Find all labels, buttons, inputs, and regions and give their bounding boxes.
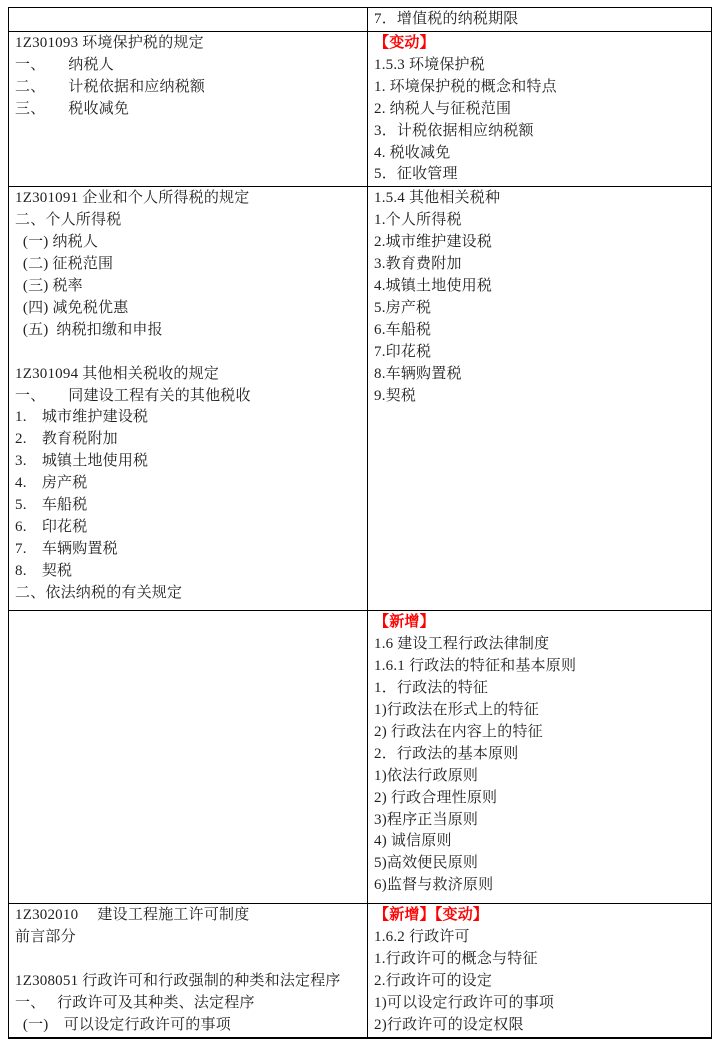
catalog-text-line: 1Z301093 环境保护税的规定 xyxy=(15,33,361,55)
catalog-text-line: 二、个人所得税 xyxy=(15,210,361,232)
old-catalog-cell: 1Z302010 建设工程施工许可制度前言部分 1Z308051 行政许可和行政… xyxy=(9,904,368,1038)
catalog-text-line: 一、 同建设工程有关的其他税收 xyxy=(15,386,361,408)
table-row: 1Z302010 建设工程施工许可制度前言部分 1Z308051 行政许可和行政… xyxy=(9,904,712,1038)
catalog-text-line: 1.6 建设工程行政法律制度 xyxy=(374,634,705,656)
catalog-text-line: 8. 契税 xyxy=(15,561,361,583)
catalog-text-line: 5. 车船税 xyxy=(15,495,361,517)
catalog-text-line: 7. 车辆购置税 xyxy=(15,539,361,561)
catalog-text-line: 2.行政许可的设定 xyxy=(374,971,705,993)
catalog-text-line: 2) 行政法在内容上的特征 xyxy=(374,722,705,744)
catalog-text-line: 1．行政法的特征 xyxy=(374,678,705,700)
catalog-text-line: 6.车船税 xyxy=(374,320,705,342)
catalog-text-line: 2. 纳税人与征税范围 xyxy=(374,99,705,121)
change-tag-label: 【新增】 xyxy=(374,612,705,634)
catalog-text-line: 1. 城市维护建设税 xyxy=(15,407,361,429)
catalog-text-line: 2.城市维护建设税 xyxy=(374,232,705,254)
catalog-text-line: 8.车辆购置税 xyxy=(374,364,705,386)
catalog-text-line: 1.6.2 行政许可 xyxy=(374,927,705,949)
exam-syllabus-comparison-table: 7．增值税的纳税期限 1Z301093 环境保护税的规定一、 纳税人二、 计税依… xyxy=(8,7,712,1039)
catalog-text-line: 2)行政许可的设定权限 xyxy=(374,1015,705,1037)
catalog-text-line: 一、 行政许可及其种类、法定程序 xyxy=(15,993,361,1015)
catalog-text-line: (四) 减免税优惠 xyxy=(15,298,361,320)
catalog-text-line: 1Z301094 其他相关税收的规定 xyxy=(15,364,361,386)
catalog-text-line: 9.契税 xyxy=(374,386,705,408)
catalog-text-line: 1Z301091 企业和个人所得税的规定 xyxy=(15,188,361,210)
catalog-text-line: 1.5.4 其他相关税种 xyxy=(374,188,705,210)
catalog-text-line: 4.城镇土地使用税 xyxy=(374,276,705,298)
catalog-text-line: 3. 城镇土地使用税 xyxy=(15,451,361,473)
catalog-text-line xyxy=(15,949,361,971)
catalog-text-line: 4. 房产税 xyxy=(15,473,361,495)
catalog-text-line: 1.个人所得税 xyxy=(374,210,705,232)
catalog-text-line: 1. 环境保护税的概念和特点 xyxy=(374,77,705,99)
catalog-text-line: 1)可以设定行政许可的事项 xyxy=(374,993,705,1015)
catalog-text-line: 1)行政法在形式上的特征 xyxy=(374,700,705,722)
catalog-text-line: 3.教育费附加 xyxy=(374,254,705,276)
catalog-text-line: (一) 可以设定行政许可的事项 xyxy=(15,1015,361,1037)
table-row: 【新增】1.6 建设工程行政法律制度1.6.1 行政法的特征和基本原则1．行政法… xyxy=(9,611,712,904)
change-tag-label: 【变动】 xyxy=(374,33,705,55)
catalog-text-line: 1)依法行政原则 xyxy=(374,766,705,788)
catalog-text-line: 7．增值税的纳税期限 xyxy=(374,9,705,31)
old-catalog-cell: 1Z301091 企业和个人所得税的规定二、个人所得税 (一) 纳税人 (二) … xyxy=(9,187,368,611)
change-tag-label: 【新增】【变动】 xyxy=(374,905,705,927)
catalog-text-line: 二、 计税依据和应纳税额 xyxy=(15,77,361,99)
catalog-text-line: 1.6.1 行政法的特征和基本原则 xyxy=(374,656,705,678)
new-catalog-cell: 【新增】1.6 建设工程行政法律制度1.6.1 行政法的特征和基本原则1．行政法… xyxy=(368,611,712,904)
new-catalog-cell: 【变动】1.5.3 环境保护税1. 环境保护税的概念和特点2. 纳税人与征税范围… xyxy=(368,32,712,187)
catalog-text-line: 1.5.3 环境保护税 xyxy=(374,55,705,77)
catalog-text-line: (二) 征税范围 xyxy=(15,254,361,276)
catalog-text-line: 7.印花税 xyxy=(374,342,705,364)
old-catalog-cell xyxy=(9,611,368,904)
catalog-text-line: 4. 税收减免 xyxy=(374,143,705,165)
catalog-text-line: 5)高效便民原则 xyxy=(374,853,705,875)
catalog-text-line: 1Z302010 建设工程施工许可制度 xyxy=(15,905,361,927)
old-catalog-cell: 1Z301093 环境保护税的规定一、 纳税人二、 计税依据和应纳税额三、 税收… xyxy=(9,32,368,187)
catalog-text-line: 三、 税收减免 xyxy=(15,99,361,121)
catalog-text-line: 3．计税依据相应纳税额 xyxy=(374,121,705,143)
catalog-text-line: 一、 纳税人 xyxy=(15,55,361,77)
catalog-text-line: 6. 印花税 xyxy=(15,517,361,539)
document-page: 7．增值税的纳税期限 1Z301093 环境保护税的规定一、 纳税人二、 计税依… xyxy=(8,7,712,1039)
catalog-text-line: 3)程序正当原则 xyxy=(374,810,705,832)
catalog-text-line: 5.房产税 xyxy=(374,298,705,320)
table-row: 7．增值税的纳税期限 xyxy=(9,8,712,32)
catalog-text-line xyxy=(15,342,361,364)
catalog-text-line: 4) 诚信原则 xyxy=(374,831,705,853)
new-catalog-cell: 【新增】【变动】1.6.2 行政许可1.行政许可的概念与特征2.行政许可的设定1… xyxy=(368,904,712,1038)
catalog-text-line: (三) 税率 xyxy=(15,276,361,298)
catalog-text-line: 6)监督与救济原则 xyxy=(374,875,705,897)
catalog-text-line: 前言部分 xyxy=(15,927,361,949)
new-catalog-cell: 1.5.4 其他相关税种1.个人所得税2.城市维护建设税3.教育费附加4.城镇土… xyxy=(368,187,712,611)
catalog-text-line: 1.行政许可的概念与特征 xyxy=(374,949,705,971)
catalog-text-line: (一) 纳税人 xyxy=(15,232,361,254)
catalog-text-line: 5．征收管理 xyxy=(374,164,705,186)
old-catalog-cell xyxy=(9,8,368,32)
catalog-text-line: 2. 教育税附加 xyxy=(15,429,361,451)
catalog-text-line: 1Z308051 行政许可和行政强制的种类和法定程序 xyxy=(15,971,361,993)
catalog-text-line: 2) 行政合理性原则 xyxy=(374,788,705,810)
catalog-text-line: 二、依法纳税的有关规定 xyxy=(15,583,361,605)
new-catalog-cell: 7．增值税的纳税期限 xyxy=(368,8,712,32)
catalog-text-line: 2．行政法的基本原则 xyxy=(374,744,705,766)
table-row: 1Z301093 环境保护税的规定一、 纳税人二、 计税依据和应纳税额三、 税收… xyxy=(9,32,712,187)
catalog-text-line: (五) 纳税扣缴和申报 xyxy=(15,320,361,342)
table-row: 1Z301091 企业和个人所得税的规定二、个人所得税 (一) 纳税人 (二) … xyxy=(9,187,712,611)
